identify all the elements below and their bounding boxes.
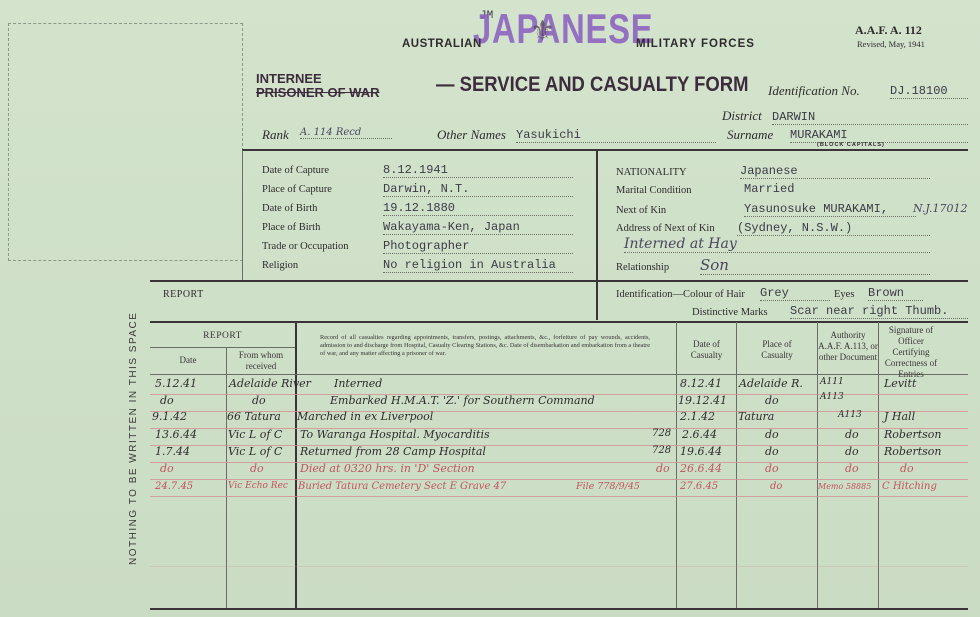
row-authority: do (845, 445, 859, 458)
block-capitals-note: (BLOCK CAPITALS) (817, 142, 885, 148)
col-place-casualty: Place of Casualty (737, 339, 817, 361)
row-place: do (765, 445, 779, 458)
distinctive-marks-label: Distinctive Marks (692, 307, 768, 318)
status-internee: INTERNEE (256, 71, 322, 86)
row-from: do (252, 394, 266, 407)
field-label: Date of Birth (262, 203, 317, 214)
field-label: Religion (262, 260, 298, 271)
row-date-casualty: 8.12.41 (680, 377, 722, 390)
row-place: do (765, 462, 779, 475)
ruled-line (150, 566, 968, 567)
occupation: Photographer (383, 239, 573, 254)
row-authority: do (845, 428, 859, 441)
report-label: REPORT (163, 289, 204, 300)
col-from: From whom received (228, 350, 294, 372)
divider (150, 347, 295, 348)
row-from: Vic L of C (228, 428, 282, 441)
row-record: Died at 0320 hrs. in 'D' Section (300, 462, 475, 475)
row-date: 9.1.42 (152, 410, 187, 423)
row-record: Marched in ex Liverpool (297, 410, 433, 423)
row-record: Interned (334, 377, 382, 390)
row-place: Adelaide R. (739, 377, 803, 390)
ruled-line (150, 496, 968, 497)
col-signature: Signature of Officer Certifying Correctn… (879, 325, 943, 380)
rank-value: A. 114 Recd (300, 127, 392, 139)
coat-of-arms-icon: ⚜ (530, 14, 555, 48)
date-of-birth: 19.12.1880 (383, 201, 573, 216)
row-date: 13.6.44 (155, 428, 197, 441)
row-date-casualty: 27.6.45 (680, 481, 718, 492)
row-date: 1.7.44 (155, 445, 190, 458)
nok-address-label: Address of Next of Kin (616, 223, 715, 234)
row-date: 5.12.41 (155, 377, 197, 390)
nationality-label: NATIONALITY (616, 167, 687, 178)
row-from: Vic Echo Rec (228, 481, 288, 491)
row-ref: 728 (652, 445, 671, 456)
divider (242, 150, 243, 280)
form-code: A.A.F. A. 112 (855, 23, 922, 38)
col-record: Record of all casualties regarding appoi… (320, 334, 650, 358)
nationality-value: Japanese (740, 164, 930, 179)
row-place: Tatura (738, 410, 774, 423)
org-left: AUSTRALIAN (402, 38, 482, 50)
row-ref: 728 (652, 428, 671, 439)
row-authority: A111 (820, 377, 844, 387)
form-revised: Revised, May, 1941 (857, 39, 925, 49)
place-of-capture: Darwin, N.T. (383, 182, 573, 197)
row-from: Vic L of C (228, 445, 282, 458)
row-date-casualty: 26.6.44 (680, 462, 722, 475)
surname-value: MURAKAMI (790, 128, 968, 143)
distinctive-marks-value: Scar near right Thumb. (790, 304, 968, 319)
row-authority: Memo 58885 (818, 482, 871, 491)
other-names-value: Yasukichi (516, 128, 716, 143)
org-right: MILITARY FORCES (636, 38, 755, 50)
district-value: DARWIN (772, 110, 968, 125)
surname-label: Surname (727, 127, 773, 143)
hair-value: Grey (760, 286, 830, 301)
divider (150, 374, 968, 375)
row-date-casualty: 19.6.44 (680, 445, 722, 458)
row-authority: A113 (820, 392, 844, 402)
row-record: Embarked H.M.A.T. 'Z.' for Southern Comm… (330, 394, 595, 407)
row-date: do (160, 462, 174, 475)
photo-box (8, 23, 243, 261)
row-place: do (765, 428, 779, 441)
form-title: — SERVICE AND CASUALTY FORM (436, 73, 748, 97)
nok-address-value: (Sydney, N.S.W.) (737, 221, 930, 236)
row-place: do (770, 481, 782, 492)
row-record: To Waranga Hospital. Myocarditis (300, 428, 490, 441)
row-authority: A113 (838, 410, 862, 420)
row-ref: File 778/9/45 (576, 481, 640, 492)
place-of-birth: Wakayama-Ken, Japan (383, 220, 573, 235)
row-place: do (765, 394, 779, 407)
row-record: Buried Tatura Cemetery Sect E Grave 47 (298, 481, 506, 492)
margin-warning: NOTHING TO BE WRITTEN IN THIS SPACE (128, 312, 139, 565)
date-of-capture: 8.12.1941 (383, 163, 573, 178)
nok-annotation: N.J.17012 (913, 202, 967, 215)
row-signature: Robertson (884, 428, 942, 441)
field-label: Date of Capture (262, 165, 329, 176)
other-names-label: Other Names (437, 127, 506, 143)
nok-label: Next of Kin (616, 205, 666, 216)
divider (150, 321, 968, 323)
row-date-casualty: 19.12.41 (678, 394, 727, 407)
relationship-label: Relationship (616, 262, 669, 273)
nok-address-note: Interned at Hay (624, 236, 930, 253)
column-divider (226, 347, 227, 608)
col-date-casualty: Date of Casualty (677, 339, 736, 361)
ruled-line (150, 479, 968, 480)
col-date: Date (150, 355, 226, 366)
divider (150, 608, 968, 610)
row-signature: J Hall (884, 410, 915, 423)
field-label: Trade or Occupation (262, 241, 349, 252)
field-label: Place of Birth (262, 222, 320, 233)
eyes-label: Eyes (834, 289, 854, 300)
row-date: 24.7.45 (155, 481, 193, 492)
identification-value: DJ.18100 (890, 84, 968, 99)
eyes-value: Brown (868, 286, 923, 301)
religion: No religion in Australia (383, 258, 573, 273)
field-label: Place of Capture (262, 184, 332, 195)
row-record: Returned from 28 Camp Hospital (300, 445, 486, 458)
row-signature: C Hitching (882, 481, 937, 492)
status-prisoner-of-war: PRISONER OF WAR (256, 85, 380, 100)
row-from: Adelaide River (229, 377, 311, 390)
row-signature: do (900, 462, 914, 475)
divider (150, 280, 968, 282)
row-date-casualty: 2.6.44 (682, 428, 717, 441)
marital-value: Married (744, 182, 794, 196)
divider (242, 149, 968, 151)
service-casualty-form: JM JAPANESE ⚜ AUSTRALIAN MILITARY FORCES… (0, 0, 980, 617)
row-from: 66 Tatura (227, 410, 281, 423)
row-signature: Robertson (884, 445, 942, 458)
nok-value: Yasunosuke MURAKAMI, (744, 202, 916, 217)
col-authority: Authority A.A.F. A.113, or other Documen… (818, 330, 878, 363)
identification-label: Identification No. (768, 83, 860, 99)
marital-label: Marital Condition (616, 185, 692, 196)
rank-label: Rank (262, 127, 289, 143)
japanese-stamp: JAPANESE (473, 5, 653, 53)
district-label: District (722, 108, 762, 124)
row-authority: do (845, 462, 859, 475)
row-date: do (160, 394, 174, 407)
identification-hair-label: Identification—Colour of Hair (616, 289, 745, 300)
divider (596, 150, 598, 320)
row-signature: Levitt (884, 377, 916, 390)
row-date-casualty: 2.1.42 (680, 410, 715, 423)
relationship-value: Son (700, 256, 930, 275)
report-header: REPORT (150, 331, 295, 342)
row-from: do (250, 462, 264, 475)
row-ref: do (656, 462, 670, 475)
